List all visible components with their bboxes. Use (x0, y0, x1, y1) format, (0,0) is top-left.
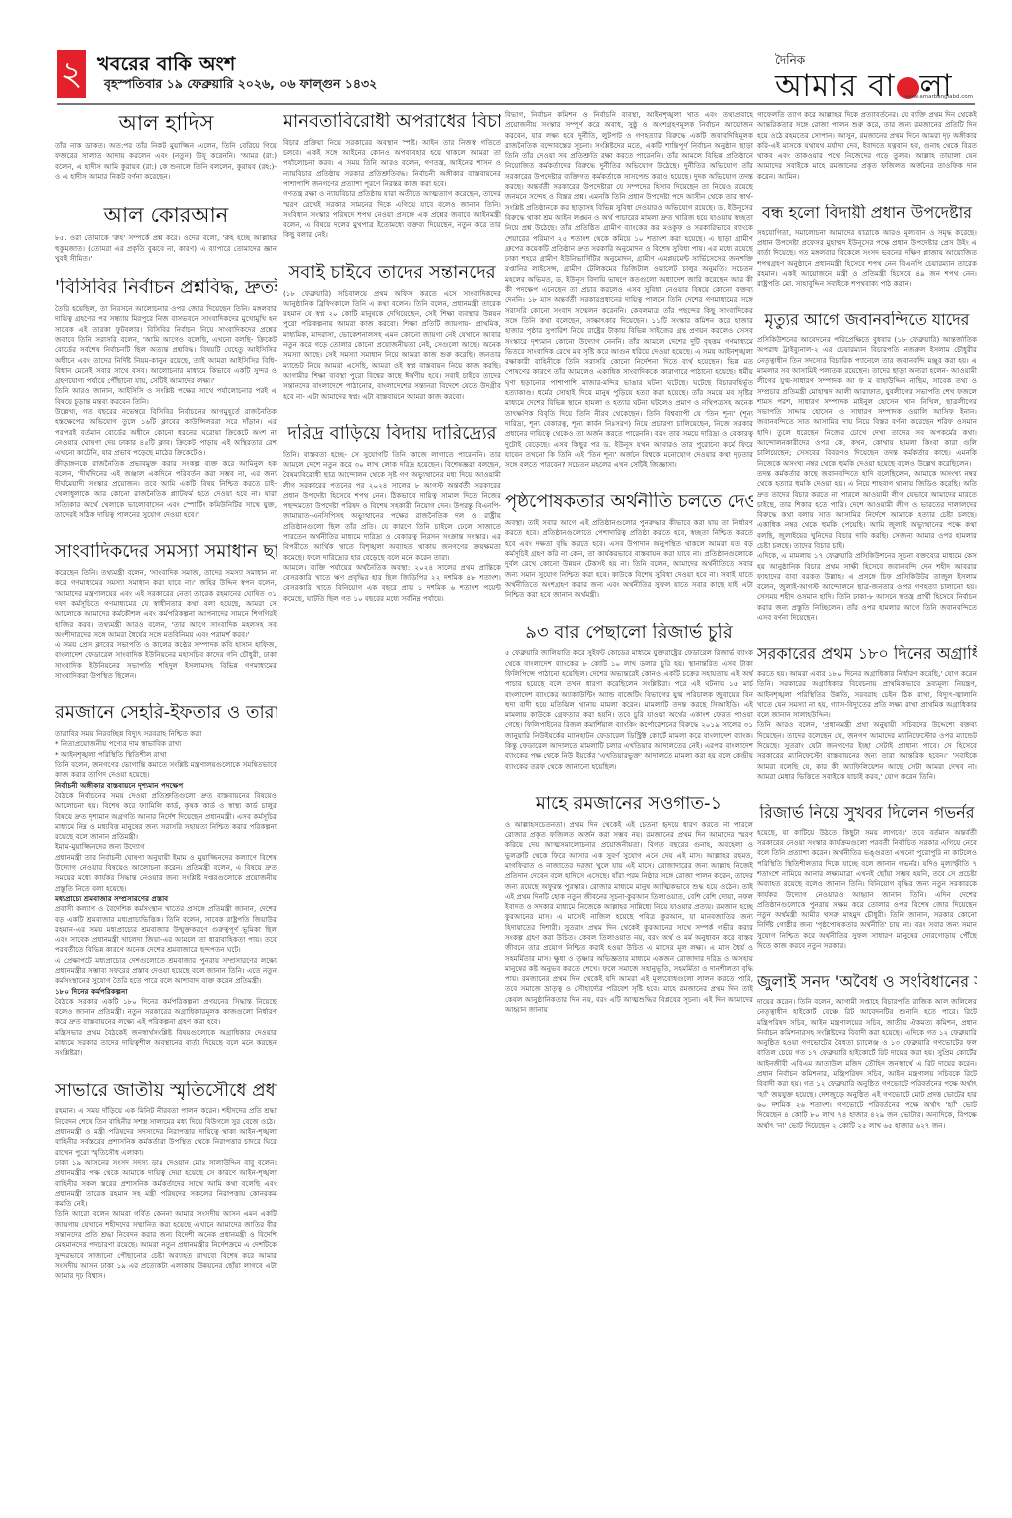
paragraph: বৈঠকে নির্বাচনের সময় দেওয়া প্রতিশ্রুতি… (55, 791, 277, 842)
article-body-backing: অবস্থা। তাই সবার আগে এই প্রতিষ্ঠানগুলোর … (505, 518, 753, 600)
headline-ramadan-power: রমজানে সেহরি-ইফতার ও তারাবিতে (55, 703, 277, 723)
paragraph: তদন্ত কর্মকর্তার কাছে জবানবন্দিতে হাদি ব… (757, 469, 977, 551)
paragraph: প্রধানমন্ত্রী তার নির্বাচনী ঘোষণা অনুযায… (55, 853, 277, 894)
headline-savar: সাভারে জাতীয় স্মৃতিসৌধে প্রধানমন্ত্রীর (55, 1081, 277, 1101)
paragraph: রহমান। এ সময় দাঁড়িয়ে এক মিনিট নীরবতা … (55, 1106, 277, 1127)
article-body-hadith: তাঁর নাক ডাকত। অত:পর তাঁর নিকট মুয়াজ্জি… (55, 141, 277, 182)
paragraph: ৫ ফেব্রুয়ারি জালিয়াতি করে সুইফট কোডের … (505, 648, 753, 772)
paragraph: প্রধানমন্ত্রী ও মন্ত্রী পরিষদের সদস্যদের… (55, 1127, 277, 1158)
paragraph: তিনি বলেন, জনগণের ভোগান্তি কমাতে সংশ্লিষ… (55, 760, 277, 781)
article-body-journalists: করেছেন তিনি। তথ্যমন্ত্রী বলেন, 'সাংবাদিক… (55, 568, 277, 681)
headline-reserve: ৯৩ বার পেছালো রিজার্ভ চুরি (505, 623, 753, 643)
bullet-line: তারাবির সময় নিরবচ্ছিন্ন বিদ্যুৎ সরবরাহ … (55, 729, 277, 739)
article-body-bcb: তৈরি হয়েছিল, তা নিরসনে আলোচনার ওপর জোর … (55, 304, 277, 520)
paragraph: গণতন্ত্র রক্ষা ও ন্যায়বিচার প্রতিষ্ঠায়… (283, 189, 501, 240)
subheading: ইমাম-মুয়াজ্জিনদের জন্য উদ্যোগ (55, 842, 277, 852)
headline-govt-180: সরকারের প্রথম ১৮০ দিনের অগ্রাধিকার (757, 645, 977, 663)
paragraph: বিভাগ, নির্বাচন কমিশন ও নির্বাচনি ব্যবস্… (505, 110, 753, 470)
paragraph: তিনি আরও জানান, আইসিসি ও সংশ্লিষ্ট পক্ষে… (55, 386, 277, 407)
paragraph: ক্রীড়াঙ্গনকে রাজনৈতিক প্রভাবমুক্ত করার … (55, 459, 277, 521)
date-line: বৃহস্পতিবার ১৯ ফেব্রুয়ারি ২০২৬, ০৬ ফাল্… (104, 76, 377, 96)
headline-death: মৃত্যুর আগে জবানবন্দিতে যাদের (757, 311, 977, 329)
subheading: নির্বাচনী অঙ্গীকার বাস্তবায়নে দৃশ্যমান … (55, 781, 277, 791)
column-3: বিভাগ, নির্বাচন কমিশন ও নির্বাচনি ব্যবস্… (505, 110, 753, 1015)
article-body-governor: হয়েছে, যা কাটিয়ে উঠতে কিছুটা সময় লাগব… (757, 828, 977, 952)
paragraph: এদিকে, এ মামলায় ১৭ ফেব্রুয়ারি প্রসিকিউ… (757, 551, 977, 623)
paragraph: করতে হয়। আমরা এবার ১৮০ দিনের অগ্রাধিকার… (757, 669, 977, 720)
masthead-url[interactable]: www.amarbanglabd.com (905, 94, 973, 100)
article-body-poverty: তিনি। বাস্তবতা হচ্ছে- সে সুযোগটি তিনি কা… (283, 450, 501, 604)
headline-quran: আল কোরআন (55, 204, 277, 227)
headline-adviser: বন্ধ হলো বিদায়ী প্রধান উপদেষ্টার (757, 204, 977, 222)
headline-july-charter: জুলাই সনদ 'অবৈধ ও সংবিধানের সঙ্গে (757, 973, 977, 991)
paragraph: হয়েছে, যা কাটিয়ে উঠতে কিছুটা সময় লাগব… (757, 828, 977, 952)
bullet-line: * নিত্যপ্রয়োজনীয় পণ্যের দাম স্বাভাবিক … (55, 739, 277, 749)
paragraph: প্রসিকিউশনের আবেদনের পরিপ্রেক্ষিতে বুধবা… (757, 335, 977, 469)
paragraph: করেছেন তিনি। তথ্যমন্ত্রী বলেন, 'সাংবাদিক… (55, 568, 277, 640)
paragraph: প্রবাসী কল্যাণ ও বৈদেশিক কর্মসংস্থান খাত… (55, 904, 277, 955)
headline-bcb: 'বিসিবির নির্বাচন প্রশ্নবিদ্ধ, দ্রুতই (55, 278, 277, 298)
header-divider (57, 103, 975, 105)
headline-governor: রিজার্ভ নিয়ে সুখবর দিলেন গভর্নর (757, 804, 977, 822)
paragraph: সহযোগিতা, সমালোচনা আমাদের যাত্রাকে আরও ম… (757, 228, 977, 290)
paragraph: দায়ের করেন। তিনি বলেন, আগামী সপ্তাহে বি… (757, 997, 977, 1131)
column-1: আল হাদিস তাঁর নাক ডাকত। অত:পর তাঁর নিকট … (55, 110, 277, 1282)
paragraph: ও আল্লাহসচেতনতা। প্রথম দিন থেকেই এই চেতন… (505, 820, 753, 1016)
article-body-ramadan-continued: গাফেলতি ত্যাগ করে আল্লাহর দিকে প্রত্যাবর… (757, 110, 977, 182)
paragraph: (১৮ ফেব্রুয়ারি) সচিবালয়ে প্রথম অফিস কর… (283, 289, 501, 402)
bullet-line: * আইনশৃঙ্খলা পরিস্থিতি স্থিতিশীল রাখা (55, 750, 277, 760)
article-body-govt-180: করতে হয়। আমরা এবার ১৮০ দিনের অগ্রাধিকার… (757, 669, 977, 782)
paragraph: তিনি। বাস্তবতা হচ্ছে- সে সুযোগটি তিনি কা… (283, 450, 501, 563)
article-body-children: (১৮ ফেব্রুয়ারি) সচিবালয়ে প্রথম অফিস কর… (283, 289, 501, 402)
page-number-badge: ২ (57, 50, 86, 98)
paragraph: এ প্রেক্ষাপটে মধ্যপ্রাচ্যের দেশগুলোতে শ্… (55, 956, 277, 987)
masthead-title-part1: আমার বা (775, 68, 896, 104)
paragraph: এ সময় প্রেস ক্লাবের সভাপতি ও কালের কণ্ঠ… (55, 640, 277, 681)
headline-humanity: মানবতাবিরোধী অপরাধের বিচার স্বাভাবিক (283, 112, 501, 132)
headline-poverty: দরিদ্র বাড়িয়ে বিদায় দারিদ্র্যের (283, 424, 501, 444)
article-body-ramadan-gift: ও আল্লাহসচেতনতা। প্রথম দিন থেকেই এই চেতন… (505, 820, 753, 1016)
paragraph: গাফেলতি ত্যাগ করে আল্লাহর দিকে প্রত্যাবর… (757, 110, 977, 182)
paragraph: বৈঠকে সরকার একটি ১৮০ দিনের কর্মপরিকল্পনা… (55, 997, 277, 1028)
paragraph: আমলে। ব্যক্তি পর্যায়ের অর্থনৈতিক অবস্থা… (283, 563, 501, 604)
paragraph: তৈরি হয়েছিল, তা নিরসনে আলোচনার ওপর জোর … (55, 304, 277, 386)
paragraph: তিনি আরো বলেন আমরা গর্বিত কেননা আমার সংস… (55, 1209, 277, 1281)
headline-hadith: আল হাদিস (55, 112, 277, 135)
paragraph: ঢাকা ১৯ আসনের সংসদ সদস্য ডাঃ দেওয়ান মোঃ… (55, 1158, 277, 1209)
article-body-july-charter: দায়ের করেন। তিনি বলেন, আগামী সপ্তাহে বি… (757, 997, 977, 1131)
paragraph: উল্লেখ্য, গত বছরের নভেম্বরে বিসিবির নির্… (55, 407, 277, 458)
article-body-death: প্রসিকিউশনের আবেদনের পরিপ্রেক্ষিতে বুধবা… (757, 335, 977, 623)
headline-journalists: সাংবাদিকদের সমস্যা সমাধান ছাড়া (55, 542, 277, 562)
paragraph: মন্ত্রিসভার প্রথম বৈঠকেই জনস্বার্থসংশ্লি… (55, 1028, 277, 1059)
headline-backing: পৃষ্ঠপোষকতার অর্থনীতি চলতে দেওয়া (505, 492, 753, 512)
article-body-humanity: বিচার প্রক্রিয়া নিয়ে সরকারের অবস্থান স… (283, 138, 501, 241)
article-body-quran: ৮৫. ওরা তোমাকে 'রুহ' সম্পর্কে প্রশ্ন করে… (55, 233, 277, 264)
paragraph: বিচার প্রক্রিয়া নিয়ে সরকারের অবস্থান স… (283, 138, 501, 189)
page-header: ২ খবরের বাকি অংশ বৃহস্পতিবার ১৯ ফেব্রুয়… (57, 50, 975, 102)
masthead-title: আমার বালা (775, 62, 953, 114)
headline-children: সবাই চাইবে তাদের সন্তানদের (283, 263, 501, 283)
headline-ramadan-gift: মাহে রমজানের সওগাত-১ (505, 794, 753, 814)
masthead-logo[interactable]: দৈনিক আমার বালা www.amarbanglabd.com (755, 52, 975, 100)
paragraph: অবস্থা। তাই সবার আগে এই প্রতিষ্ঠানগুলোর … (505, 518, 753, 600)
column-4: গাফেলতি ত্যাগ করে আল্লাহর দিকে প্রত্যাবর… (757, 110, 977, 1131)
article-body-savar: রহমান। এ সময় দাঁড়িয়ে এক মিনিট নীরবতা … (55, 1106, 277, 1281)
article-body-crimes-continued: বিভাগ, নির্বাচন কমিশন ও নির্বাচনি ব্যবস্… (505, 110, 753, 470)
article-body-adviser: সহযোগিতা, সমালোচনা আমাদের যাত্রাকে আরও ম… (757, 228, 977, 290)
article-body-reserve: ৫ ফেব্রুয়ারি জালিয়াতি করে সুইফট কোডের … (505, 648, 753, 772)
article-body-ramadan-power: তারাবির সময় নিরবচ্ছিন্ন বিদ্যুৎ সরবরাহ … (55, 729, 277, 1059)
paragraph: তিনি আরও বলেন, 'প্রধানমন্ত্রী প্রথা অনুয… (757, 720, 977, 782)
subheading: মধ্যপ্রাচ্যে শ্রমবাজার সম্প্রসারণের প্রস… (55, 894, 277, 904)
column-2: মানবতাবিরোধী অপরাধের বিচার স্বাভাবিক বিচ… (283, 110, 501, 604)
subheading: ১৮০ দিনের কর্মপরিকল্পনা (55, 987, 277, 997)
